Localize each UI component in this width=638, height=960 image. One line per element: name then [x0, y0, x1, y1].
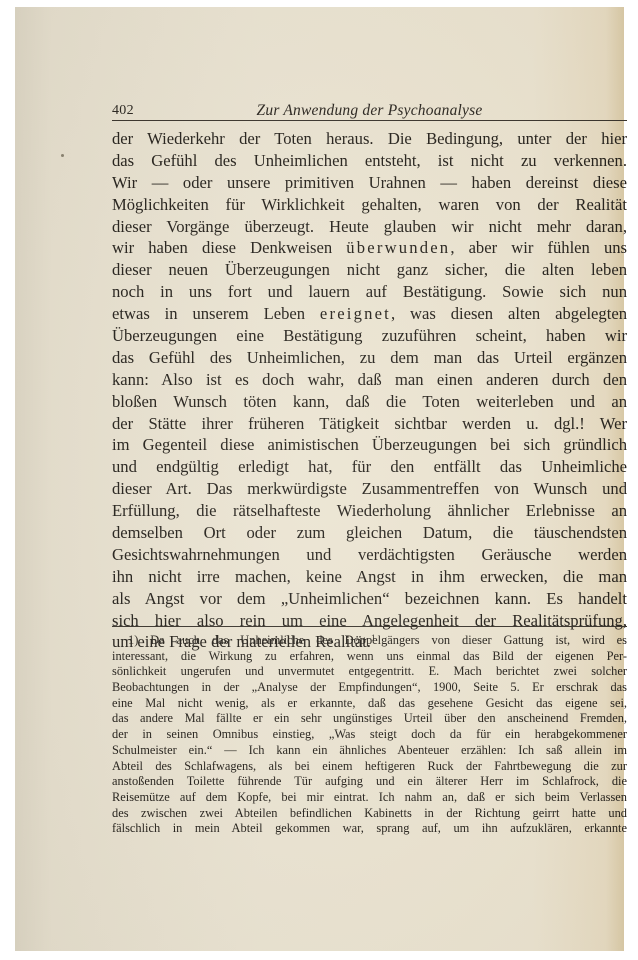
body-line-text: , was diesen alten abgelegten	[391, 304, 627, 323]
footnote-line: interessant, die Wirkung zu erfahren, we…	[112, 649, 627, 665]
body-line: der Stätte ihrer früheren Tätigkeit sich…	[112, 413, 627, 435]
body-line: das Gefühl des Unheimlichen, zu dem man …	[112, 347, 627, 369]
body-line: Möglichkeiten für Wirklichkeit gehalten,…	[112, 194, 627, 216]
body-line: im Gegenteil diese animistischen Überzeu…	[112, 434, 627, 456]
footnote-divider	[112, 626, 627, 627]
body-line: etwas in unserem Leben ereignet, was die…	[112, 303, 627, 325]
emphasized-word: überwunden	[346, 238, 450, 257]
footnote-line: Abteil des Schlafwagens, als bei einem h…	[112, 759, 627, 775]
body-line: demselben Ort oder zum gleichen Datum, d…	[112, 522, 627, 544]
footnote-line: Schulmeister ein.“ — Ich kann ein ähnlic…	[112, 743, 627, 759]
footnote: 1) Da auch das Unheimliche des Doppelgän…	[112, 633, 627, 837]
body-line: Wir — oder unsere primitiven Urahnen — h…	[112, 172, 627, 194]
footnote-line: 1) Da auch das Unheimliche des Doppelgän…	[112, 633, 627, 649]
footnote-line: des zwischen zwei Abteilen befindlichen …	[112, 806, 627, 822]
body-line: der Wiederkehr der Toten heraus. Die Bed…	[112, 128, 627, 150]
body-line: noch in uns fort und lauern auf Bestätig…	[112, 281, 627, 303]
footnote-line: fälschlich in mein Abteil gekommen war, …	[112, 821, 627, 837]
body-line-text: etwas in unserem Leben	[112, 304, 320, 323]
body-line: dieser neuen Überzeugungen nicht ganz si…	[112, 259, 627, 281]
footnote-line: der in seinen Omnibus einstieg, „Was ste…	[112, 727, 627, 743]
body-line: wir haben diese Denkweisen überwunden, a…	[112, 237, 627, 259]
book-page: 402 Zur Anwendung der Psychoanalyse der …	[15, 7, 624, 951]
footnote-line: eine Mal nicht wenig, als er erkannte, d…	[112, 696, 627, 712]
footnote-line: Beobachtungen in der „Analyse der Empfin…	[112, 680, 627, 696]
body-line: sich hier also rein um eine Angelegenhei…	[112, 610, 627, 632]
body-line: Erfüllung, die rätselhafteste Wiederholu…	[112, 500, 627, 522]
body-line: dieser Art. Das merkwürdigste Zusammentr…	[112, 478, 627, 500]
body-line: das Gefühl des Unheimlichen entsteht, is…	[112, 150, 627, 172]
body-line: Gesichtswahrnehmungen und verdächtigsten…	[112, 544, 627, 566]
footnote-line: anstoßenden Toilette führende Tür aufgin…	[112, 774, 627, 790]
body-line-text: , aber wir fühlen uns	[450, 238, 627, 257]
body-line: dieser Vorgänge überzeugt. Heute glauben…	[112, 216, 627, 238]
body-line: bloßen Wunsch töten kann, daß die Toten …	[112, 391, 627, 413]
paper-speck	[61, 154, 64, 157]
emphasized-word: ereignet	[320, 304, 391, 323]
page-header: 402 Zur Anwendung der Psychoanalyse	[112, 102, 627, 121]
body-line: und endgültig erledigt hat, für den entf…	[112, 456, 627, 478]
body-line: Überzeugungen eine Bestätigung zuzuführe…	[112, 325, 627, 347]
footnote-line: Reisemütze auf dem Kopfe, bei mir eintra…	[112, 790, 627, 806]
footnote-line: das andere Mal fällte er ein sehr ungüns…	[112, 711, 627, 727]
footnote-line: sönlichkeit ungerufen und unvermutet ent…	[112, 664, 627, 680]
body-text: der Wiederkehr der Toten heraus. Die Bed…	[112, 128, 627, 653]
body-line: als Angst vor dem „Unheimlichen“ bezeich…	[112, 588, 627, 610]
body-line: kann: Also ist es doch wahr, daß man ein…	[112, 369, 627, 391]
running-title: Zur Anwendung der Psychoanalyse	[112, 102, 627, 120]
body-line-text: wir haben diese Denkweisen	[112, 238, 346, 257]
body-line: ihn nicht irre machen, keine Angst in ih…	[112, 566, 627, 588]
